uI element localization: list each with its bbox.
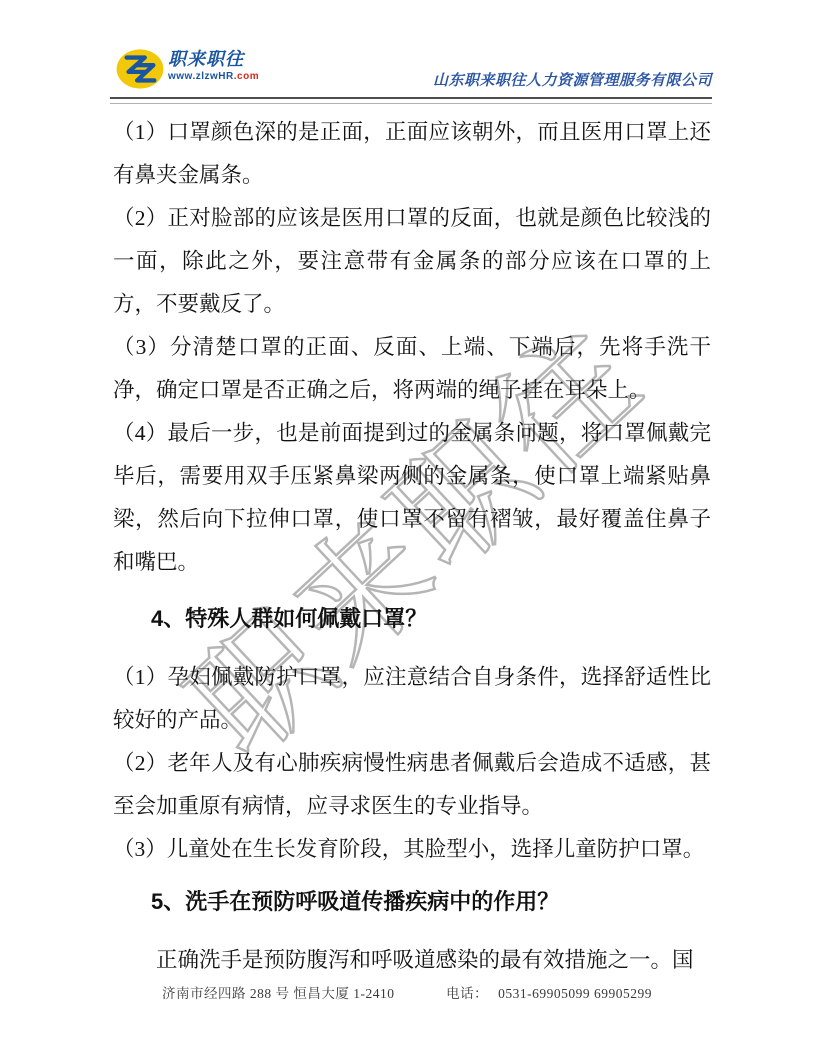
- body-paragraph: （4）最后一步，也是前面提到过的金属条问题，将口罩佩戴完毕后，需要用双手压紧鼻梁…: [113, 412, 711, 584]
- page-header: 职来职往 www.zlzwHR.com 山东职来职往人力资源管理服务有限公司: [110, 46, 712, 104]
- logo-website-host: www.zlzwHR: [168, 71, 234, 82]
- document-page: 职来职往 www.zlzwHR.com 山东职来职往人力资源管理服务有限公司 职…: [0, 0, 816, 1056]
- footer-address: 济南市经四路 288 号 恒昌大厦 1-2410: [162, 982, 395, 1002]
- logo-brand-text: 职来职往: [168, 50, 259, 68]
- body-paragraph: （3）分清楚口罩的正面、反面、上端、下端后，先将手洗干净，确定口罩是否正确之后，…: [113, 326, 711, 412]
- logo-website: www.zlzwHR.com: [168, 72, 259, 82]
- footer-phone-numbers: 0531-69905099 69905299: [498, 986, 652, 1001]
- body-paragraph: （1）孕妇佩戴防护口罩，应注意结合自身条件，选择舒适性比较好的产品。: [113, 656, 711, 742]
- footer-phone-label: 电话：: [446, 986, 488, 1001]
- body-paragraph: （3）儿童处在生长发育阶段，其脸型小，选择儿童防护口罩。: [113, 828, 711, 871]
- section-heading-4: 4、特殊人群如何佩戴口罩？: [113, 604, 711, 634]
- zlzw-logo-icon: [116, 48, 164, 90]
- section-heading-5: 5、洗手在预防呼吸道传播疾病中的作用？: [113, 887, 711, 917]
- document-body: （1）口罩颜色深的是正面，正面应该朝外，而且医用口罩上还有鼻夹金属条。 （2）正…: [113, 111, 711, 982]
- company-name: 山东职来职往人力资源管理服务有限公司: [433, 69, 712, 90]
- body-paragraph: （2）正对脸部的应该是医用口罩的反面，也就是颜色比较浅的一面，除此之外，要注意带…: [113, 197, 711, 326]
- company-logo: 职来职往 www.zlzwHR.com: [116, 48, 259, 90]
- body-paragraph: （1）口罩颜色深的是正面，正面应该朝外，而且医用口罩上还有鼻夹金属条。: [113, 111, 711, 197]
- logo-website-suffix: .com: [234, 71, 259, 82]
- logo-text-column: 职来职往 www.zlzwHR.com: [168, 50, 259, 82]
- header-divider: [110, 97, 712, 104]
- footer-phone: 电话：0531-69905099 69905299: [446, 982, 652, 1002]
- body-paragraph: （2）老年人及有心肺疾病慢性病患者佩戴后会造成不适感，甚至会加重原有病情，应寻求…: [113, 742, 711, 828]
- page-footer: 济南市经四路 288 号 恒昌大厦 1-2410 电话：0531-6990509…: [106, 982, 710, 1002]
- body-paragraph: 正确洗手是预防腹泻和呼吸道感染的最有效措施之一。国: [113, 939, 711, 982]
